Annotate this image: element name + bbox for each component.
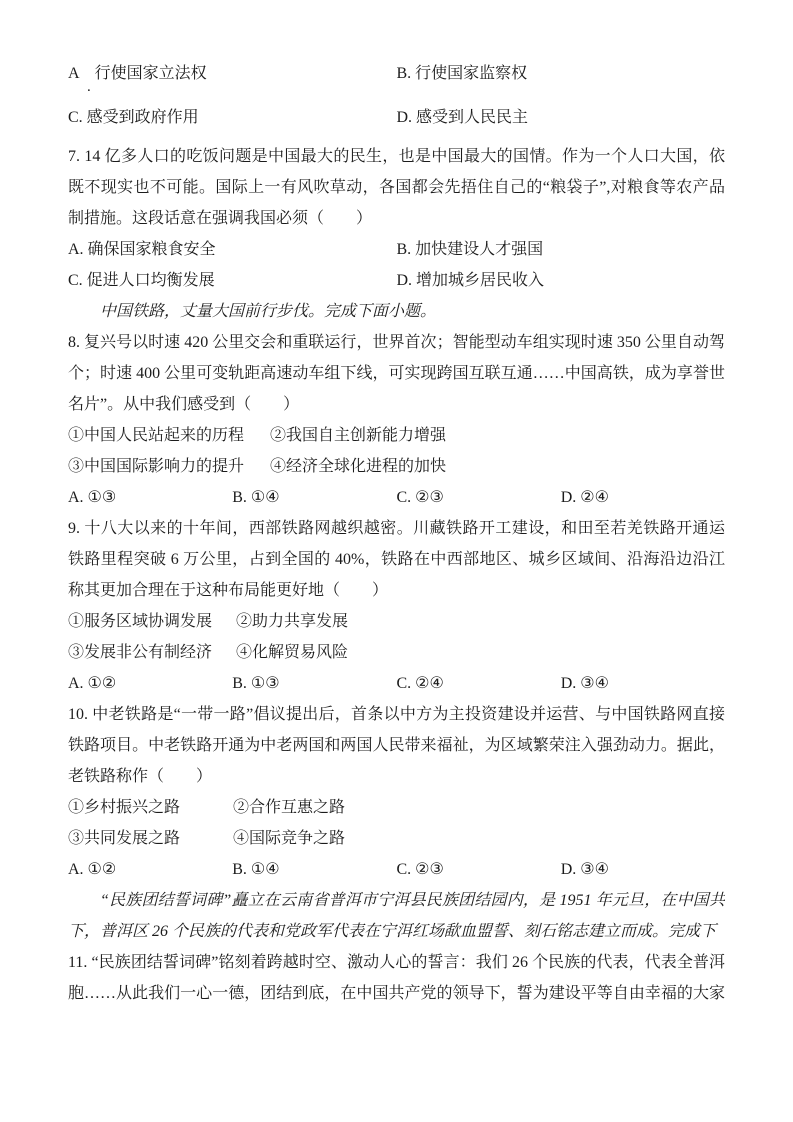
question-9-statement-2: ②助力共享发展: [236, 606, 725, 637]
question-9-stem-line-3: 称其更加合理在于这种布局能更好地（ ）: [68, 575, 725, 606]
question-8-stem-line-1: 8. 复兴号以时速 420 公里交会和重联运行，世界首次；智能型动车组实现时速 …: [68, 327, 725, 358]
question-9-answers-row: A. ①② B. ①③ C. ②④ D. ③④: [68, 668, 725, 699]
question-10-statements-row-2: ③共同发展之路 ④国际竞争之路: [68, 823, 725, 854]
question-8-stem-line-3: 名片”。从中我们感受到（ ）: [68, 389, 725, 420]
question-9-statements-row-1: ①服务区域协调发展 ②助力共享发展: [68, 606, 725, 637]
question-8-answers-row: A. ①③ B. ①④ C. ②③ D. ②④: [68, 482, 725, 513]
question-8-answer-c: C. ②③: [397, 482, 561, 513]
question-6-options-row-2: C. 感受到政府作用 D. 感受到人民民主: [68, 102, 725, 133]
passage-monument: “民族团结誓词碑”矗立在云南省普洱市宁洱县民族团结园内，是 1951 年元旦，在…: [68, 885, 725, 947]
question-10-stem-line-1: 10. 中老铁路是“一带一路”倡议提出后，首条以中方为主投资建设并运营、与中国铁…: [68, 699, 725, 730]
question-10-answer-d: D. ③④: [561, 854, 725, 885]
question-7-option-b: B. 加快建设人才强国: [397, 234, 726, 265]
question-10-answer-c: C. ②③: [397, 854, 561, 885]
question-7-option-c: C. 促进人口均衡发展: [68, 265, 397, 296]
question-6-option-c: C. 感受到政府作用: [68, 102, 397, 133]
question-8-statement-4: ④经济全球化进程的加快: [270, 451, 725, 482]
question-8-statement-1: ①中国人民站起来的历程: [68, 420, 270, 451]
question-9-statements-row-2: ③发展非公有制经济 ④化解贸易风险: [68, 637, 725, 668]
question-7-stem-line-2: 既不现实也不可能。国际上一有风吹草动，各国都会先捂住自己的“粮袋子”,对粮食等农…: [68, 172, 725, 203]
question-7: 7. 14 亿多人口的吃饭问题是中国最大的民生，也是中国最大的国情。作为一个人口…: [68, 141, 725, 296]
question-8-statement-3: ③中国国际影响力的提升: [68, 451, 270, 482]
question-7-stem-line-1: 7. 14 亿多人口的吃饭问题是中国最大的民生，也是中国最大的国情。作为一个人口…: [68, 141, 725, 172]
question-11-stem-line-1: 11. “民族团结誓词碑”铭刻着跨越时空、激动人心的誓言：我们 26 个民族的代…: [68, 947, 725, 978]
question-8-statements-row-2: ③中国国际影响力的提升 ④经济全球化进程的加快: [68, 451, 725, 482]
question-10-stem-line-3: 老铁路称作（ ）: [68, 761, 725, 792]
question-6-option-a: A 行使国家立法权: [68, 58, 397, 89]
question-9: 9. 十八大以来的十年间，西部铁路网越织越密。川藏铁路开工建设，和田至若羌铁路开…: [68, 513, 725, 699]
question-9-stem-line-1: 9. 十八大以来的十年间，西部铁路网越织越密。川藏铁路开工建设，和田至若羌铁路开…: [68, 513, 725, 544]
question-7-options-row-2: C. 促进人口均衡发展 D. 增加城乡居民收入: [68, 265, 725, 296]
question-9-answer-a: A. ①②: [68, 668, 232, 699]
question-8-stem-line-2: 个；时速 400 公里可变轨距高速动车组下线，可实现跨国互联互通……中国高铁，成…: [68, 358, 725, 389]
question-10-stem-line-2: 铁路项目。中老铁路开通为中老两国和两国人民带来福祉，为区域繁荣注入强劲动力。据此…: [68, 730, 725, 761]
question-10-answer-b: B. ①④: [232, 854, 396, 885]
question-6-option-d: D. 感受到人民民主: [397, 102, 726, 133]
question-9-stem-line-2: 铁路里程突破 6 万公里，占到全国的 40%，铁路在中西部地区、城乡区域间、沿海…: [68, 544, 725, 575]
question-9-answer-d: D. ③④: [561, 668, 725, 699]
stray-mark: .: [87, 80, 91, 95]
question-8-statements-row-1: ①中国人民站起来的历程 ②我国自主创新能力增强: [68, 420, 725, 451]
question-8-answer-b: B. ①④: [232, 482, 396, 513]
question-8-answer-d: D. ②④: [561, 482, 725, 513]
question-9-statement-4: ④化解贸易风险: [236, 637, 725, 668]
question-11: 11. “民族团结誓词碑”铭刻着跨越时空、激动人心的誓言：我们 26 个民族的代…: [68, 947, 725, 1009]
question-10-answers-row: A. ①② B. ①④ C. ②③ D. ③④: [68, 854, 725, 885]
question-10-statement-1: ①乡村振兴之路: [68, 792, 233, 823]
question-9-answer-b: B. ①③: [232, 668, 396, 699]
question-10-statements-row-1: ①乡村振兴之路 ②合作互惠之路: [68, 792, 725, 823]
question-8-answer-a: A. ①③: [68, 482, 232, 513]
question-8-statement-2: ②我国自主创新能力增强: [270, 420, 725, 451]
question-7-stem-line-3: 制措施。这段话意在强调我国必须（ ）: [68, 203, 725, 234]
question-10-statement-4: ④国际竞争之路: [233, 823, 725, 854]
question-10: 10. 中老铁路是“一带一路”倡议提出后，首条以中方为主投资建设并运营、与中国铁…: [68, 699, 725, 885]
question-9-answer-c: C. ②④: [397, 668, 561, 699]
exam-page: . A 行使国家立法权 B. 行使国家监察权 C. 感受到政府作用 D. 感受到…: [0, 0, 793, 1009]
question-9-statement-1: ①服务区域协调发展: [68, 606, 236, 637]
question-9-statement-3: ③发展非公有制经济: [68, 637, 236, 668]
question-8: 8. 复兴号以时速 420 公里交会和重联运行，世界首次；智能型动车组实现时速 …: [68, 327, 725, 513]
question-6-option-b: B. 行使国家监察权: [397, 58, 726, 89]
passage-monument-line-1: “民族团结誓词碑”矗立在云南省普洱市宁洱县民族团结园内，是 1951 年元旦，在…: [68, 885, 725, 916]
question-7-options-row-1: A. 确保国家粮食安全 B. 加快建设人才强国: [68, 234, 725, 265]
question-10-statement-3: ③共同发展之路: [68, 823, 233, 854]
passage-monument-line-2: 下，普洱区 26 个民族的代表和党政军代表在宁洱红场歃血盟誓、刻石铭志建立而成。…: [68, 916, 725, 947]
passage-railway: 中国铁路，丈量大国前行步伐。完成下面小题。: [68, 296, 725, 327]
question-10-answer-a: A. ①②: [68, 854, 232, 885]
question-11-stem-line-2: 胞……从此我们一心一德，团结到底，在中国共产党的领导下，誓为建设平等自由幸福的大…: [68, 978, 725, 1009]
question-7-option-d: D. 增加城乡居民收入: [397, 265, 726, 296]
question-6-options-row-1: A 行使国家立法权 B. 行使国家监察权: [68, 58, 725, 89]
question-7-option-a: A. 确保国家粮食安全: [68, 234, 397, 265]
question-10-statement-2: ②合作互惠之路: [233, 792, 725, 823]
